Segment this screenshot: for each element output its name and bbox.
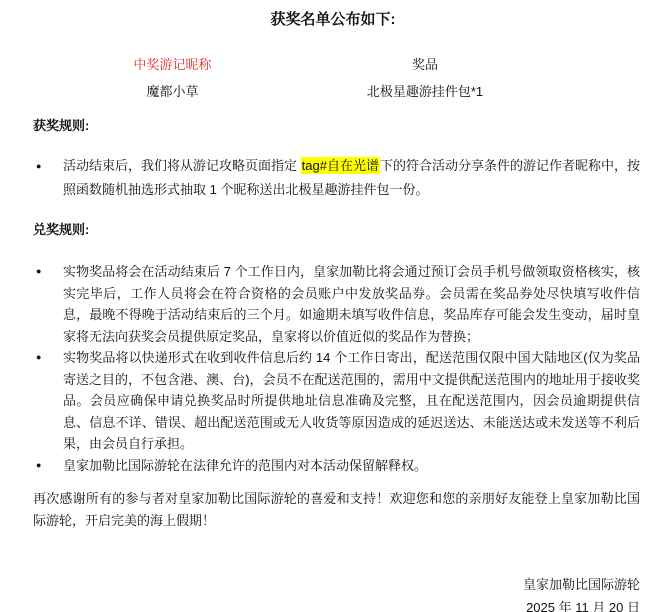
redeem-rule-text: 实物奖品将会在活动结束后 7 个工作日内，皇家加勒比将会通过预订会员手机号做领取… — [63, 264, 640, 344]
signature-date: 2025 年 11 月 20 日 — [526, 599, 640, 612]
bullet-icon: ● — [36, 347, 41, 369]
column-header-nickname: 中奖游记昵称 — [0, 56, 345, 74]
column-header-prize: 奖品 — [345, 56, 505, 74]
bullet-icon: ● — [36, 261, 41, 283]
winner-nickname: 魔都小草 — [0, 83, 345, 101]
award-rules-list: ●活动结束后，我们将从游记攻略页面指定 tag#自在光谱下的符合活动分享条件的游… — [33, 154, 640, 202]
redeem-rules-list: ●实物奖品将会在活动结束后 7 个工作日内，皇家加勒比将会通过预订会员手机号做领… — [33, 261, 640, 476]
redeem-rule-item: ●实物奖品将以快递形式在收到收件信息后约 14 个工作日寄出，配送范围仅限中国大… — [33, 347, 640, 455]
award-rule-text-pre: 活动结束后，我们将从游记攻略页面指定 — [63, 158, 301, 173]
prize-name: 北极星趣游挂件包*1 — [345, 83, 505, 101]
winners-header-row: 中奖游记昵称 奖品 — [0, 56, 666, 74]
signature-date-row: 2025 年 11 月 20 日 — [33, 599, 640, 612]
closing-paragraph: 再次感谢所有的参与者对皇家加勒比国际游轮的喜爱和支持！欢迎您和您的亲朋好友能登上… — [33, 488, 640, 532]
bullet-icon: ● — [36, 455, 41, 477]
page-title: 获奖名单公布如下: — [0, 0, 666, 30]
highlighted-tag: tag#自在光谱 — [301, 157, 380, 174]
redeem-rule-item: ●皇家加勒比国际游轮在法律允许的范围内对本活动保留解释权。 — [33, 455, 640, 477]
award-rule-item: ●活动结束后，我们将从游记攻略页面指定 tag#自在光谱下的符合活动分享条件的游… — [33, 154, 640, 202]
document-body: 获奖规则: ●活动结束后，我们将从游记攻略页面指定 tag#自在光谱下的符合活动… — [0, 117, 666, 612]
redeem-rule-item: ●实物奖品将会在活动结束后 7 个工作日内，皇家加勒比将会通过预订会员手机号做领… — [33, 261, 640, 347]
winners-table: 中奖游记昵称 奖品 魔都小草 北极星趣游挂件包*1 — [0, 56, 666, 101]
winners-value-row: 魔都小草 北极星趣游挂件包*1 — [0, 83, 666, 101]
bullet-icon: ● — [36, 154, 41, 178]
award-rules-heading: 获奖规则: — [33, 117, 640, 135]
signature-organization: 皇家加勒比国际游轮 — [33, 576, 640, 594]
redeem-rule-text: 实物奖品将以快递形式在收到收件信息后约 14 个工作日寄出，配送范围仅限中国大陆… — [63, 350, 640, 451]
redeem-rule-text: 皇家加勒比国际游轮在法律允许的范围内对本活动保留解释权。 — [63, 458, 427, 473]
announcement-document: 获奖名单公布如下: 中奖游记昵称 奖品 魔都小草 北极星趣游挂件包*1 获奖规则… — [0, 0, 666, 612]
signature-block: 皇家加勒比国际游轮 2025 年 11 月 20 日 — [33, 576, 640, 612]
redeem-rules-heading: 兑奖规则: — [33, 221, 640, 239]
